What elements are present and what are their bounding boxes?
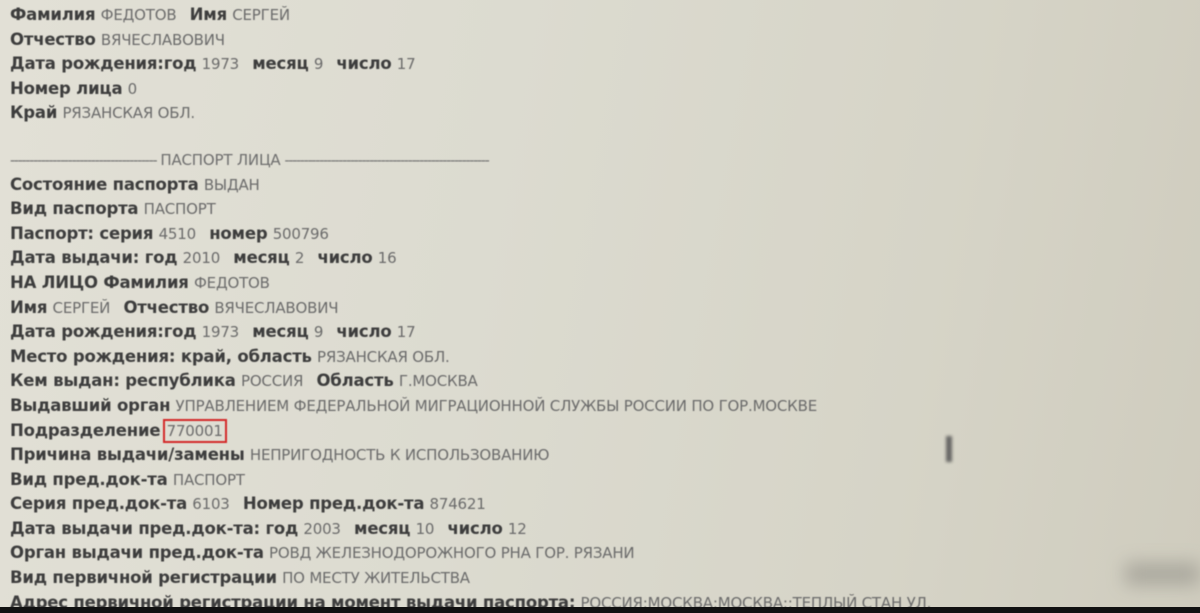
passport-state-line: Состояние паспорта ВЫДАН [10, 173, 1200, 198]
prev-series-line: Серия пред.док-та 6103 Номер пред.док-та… [10, 492, 1200, 517]
issue-year-label: Дата выдачи: год [10, 248, 177, 267]
series-label: Паспорт: серия [10, 224, 153, 243]
issued-by-line: Кем выдан: республика РОССИЯ Область Г.М… [10, 369, 1200, 394]
region-value: РЯЗАНСКАЯ ОБЛ. [62, 104, 195, 122]
prev-day-label: число [448, 519, 503, 538]
birthplace-line: Место рождения: край, область РЯЗАНСКАЯ … [10, 345, 1200, 370]
patronymic-value: ВЯЧЕСЛАВОВИЧ [101, 31, 225, 49]
passport-state-value: ВЫДАН [204, 176, 260, 194]
face-birth-month: 9 [314, 323, 323, 341]
region-line: Край РЯЗАНСКАЯ ОБЛ. [10, 101, 1200, 126]
face-surname-label: НА ЛИЦО Фамилия [10, 273, 189, 292]
series-value: 4510 [159, 225, 196, 243]
subdivision-label: Подразделение [10, 421, 160, 440]
birth-date-line: Дата рождения:год 1973 месяц 9 число 17 [10, 52, 1200, 77]
face-surname-value: ФЕДОТОВ [194, 274, 270, 292]
subdivision-line: Подразделение 770001 [10, 419, 1200, 444]
prev-type-label: Вид пред.док-та [10, 470, 168, 489]
face-birth-year: 1973 [202, 323, 239, 341]
face-patronymic-value: ВЯЧЕСЛАВОВИЧ [214, 299, 338, 317]
surname-value: ФЕДОТОВ [101, 6, 177, 24]
separator-left: -------------------------------------- [10, 153, 156, 169]
reason-label: Причина выдачи/замены [10, 445, 245, 464]
separator-right: ----------------------------------------… [284, 153, 488, 169]
face-day-label: число [336, 322, 391, 341]
passport-section-separator: --------------------------------------ПА… [10, 148, 1200, 173]
birth-month: 9 [314, 55, 323, 73]
face-month-label: месяц [252, 322, 308, 341]
face-birth-label: Дата рождения:год [10, 322, 196, 341]
reg-type-label: Вид первичной регистрации [10, 568, 277, 587]
name-label: Имя [190, 5, 227, 24]
prev-type-value: ПАСПОРТ [173, 471, 245, 489]
issue-year: 2010 [183, 249, 220, 267]
issue-month-label: месяц [233, 248, 289, 267]
patronymic-line: Отчество ВЯЧЕСЛАВОВИЧ [10, 28, 1200, 53]
prev-issue-year: 2003 [303, 520, 340, 538]
person-number-line: Номер лица 0 [10, 77, 1200, 102]
record-document: Фамилия ФЕДОТОВ Имя СЕРГЕЙ Отчество ВЯЧЕ… [10, 3, 1200, 613]
passport-state-label: Состояние паспорта [10, 175, 199, 194]
issued-by-label: Кем выдан: республика [10, 371, 236, 390]
name-value: СЕРГЕЙ [232, 6, 290, 24]
passport-number-line: Паспорт: серия 4510 номер 500796 [10, 222, 1200, 247]
birth-year: 1973 [202, 55, 239, 73]
face-patronymic-label: Отчество [123, 298, 209, 317]
issue-date-line: Дата выдачи: год 2010 месяц 2 число 16 [10, 246, 1200, 271]
passport-type-value: ПАСПОРТ [144, 200, 216, 218]
region-label: Край [10, 103, 57, 122]
surname-label: Фамилия [10, 5, 95, 24]
issue-month: 2 [295, 249, 304, 267]
prev-number-label: Номер пред.док-та [243, 494, 424, 513]
number-label: номер [209, 224, 267, 243]
prev-type-line: Вид пред.док-та ПАСПОРТ [10, 468, 1200, 493]
passport-type-label: Вид паспорта [10, 199, 138, 218]
authority-line: Выдавший орган УПРАВЛЕНИЕМ ФЕДЕРАЛЬНОЙ М… [10, 394, 1200, 419]
prev-issue-label: Дата выдачи пред.док-та: год [10, 519, 298, 538]
issued-by-republic: РОССИЯ [241, 372, 303, 390]
face-birth-day: 17 [397, 323, 416, 341]
prev-authority-line: Орган выдачи пред.док-та РОВД ЖЕЛЕЗНОДОР… [10, 541, 1200, 566]
birthplace-value: РЯЗАНСКАЯ ОБЛ. [317, 348, 450, 366]
prev-series-value: 6103 [192, 495, 229, 513]
prev-issue-line: Дата выдачи пред.док-та: год 2003 месяц … [10, 517, 1200, 542]
prev-issue-day: 12 [508, 520, 527, 538]
number-value: 500796 [273, 225, 329, 243]
passport-type-line: Вид паспорта ПАСПОРТ [10, 197, 1200, 222]
issued-region-value: Г.МОСКВА [399, 372, 478, 390]
face-name-value: СЕРГЕЙ [53, 299, 111, 317]
issued-region-label: Область [316, 371, 393, 390]
face-birth-line: Дата рождения:год 1973 месяц 9 число 17 [10, 320, 1200, 345]
prev-number-value: 874621 [430, 495, 486, 513]
face-name-line: Имя СЕРГЕЙ Отчество ВЯЧЕСЛАВОВИЧ [10, 296, 1200, 321]
screen-bezel [0, 607, 1200, 613]
face-name-label: Имя [10, 298, 47, 317]
prev-series-label: Серия пред.док-та [10, 494, 187, 513]
birth-day: 17 [397, 55, 416, 73]
reg-type-line: Вид первичной регистрации ПО МЕСТУ ЖИТЕЛ… [10, 566, 1200, 591]
reg-type-value: ПО МЕСТУ ЖИТЕЛЬСТВА [282, 569, 470, 587]
reason-value: НЕПРИГОДНОСТЬ К ИСПОЛЬЗОВАНИЮ [250, 446, 549, 464]
authority-label: Выдавший орган [10, 396, 170, 415]
person-number-value: 0 [128, 80, 137, 98]
prev-authority-label: Орган выдачи пред.док-та [10, 543, 264, 562]
birthplace-label: Место рождения: край, область [10, 347, 312, 366]
face-surname-line: НА ЛИЦО Фамилия ФЕДОТОВ [10, 271, 1200, 296]
patronymic-label: Отчество [10, 30, 96, 49]
authority-value: УПРАВЛЕНИЕМ ФЕДЕРАЛЬНОЙ МИГРАЦИОННОЙ СЛУ… [176, 397, 817, 415]
person-number-label: Номер лица [10, 79, 122, 98]
text-cursor-icon [946, 436, 952, 462]
reason-line: Причина выдачи/замены НЕПРИГОДНОСТЬ К ИС… [10, 443, 1200, 468]
month-label: месяц [252, 54, 308, 73]
prev-authority-value: РОВД ЖЕЛЕЗНОДОРОЖНОГО РНА ГОР. РЯЗАНИ [269, 544, 634, 562]
surname-line: Фамилия ФЕДОТОВ Имя СЕРГЕЙ [10, 3, 1200, 28]
issue-day: 16 [378, 249, 397, 267]
issue-day-label: число [317, 248, 372, 267]
day-label: число [336, 54, 391, 73]
prev-issue-month: 10 [416, 520, 435, 538]
subdivision-code-highlighted: 770001 [166, 422, 224, 440]
birth-label: Дата рождения:год [10, 54, 196, 73]
prev-month-label: месяц [354, 519, 410, 538]
section-title: ПАСПОРТ ЛИЦА [160, 151, 280, 169]
redacted-blur [1125, 563, 1200, 585]
